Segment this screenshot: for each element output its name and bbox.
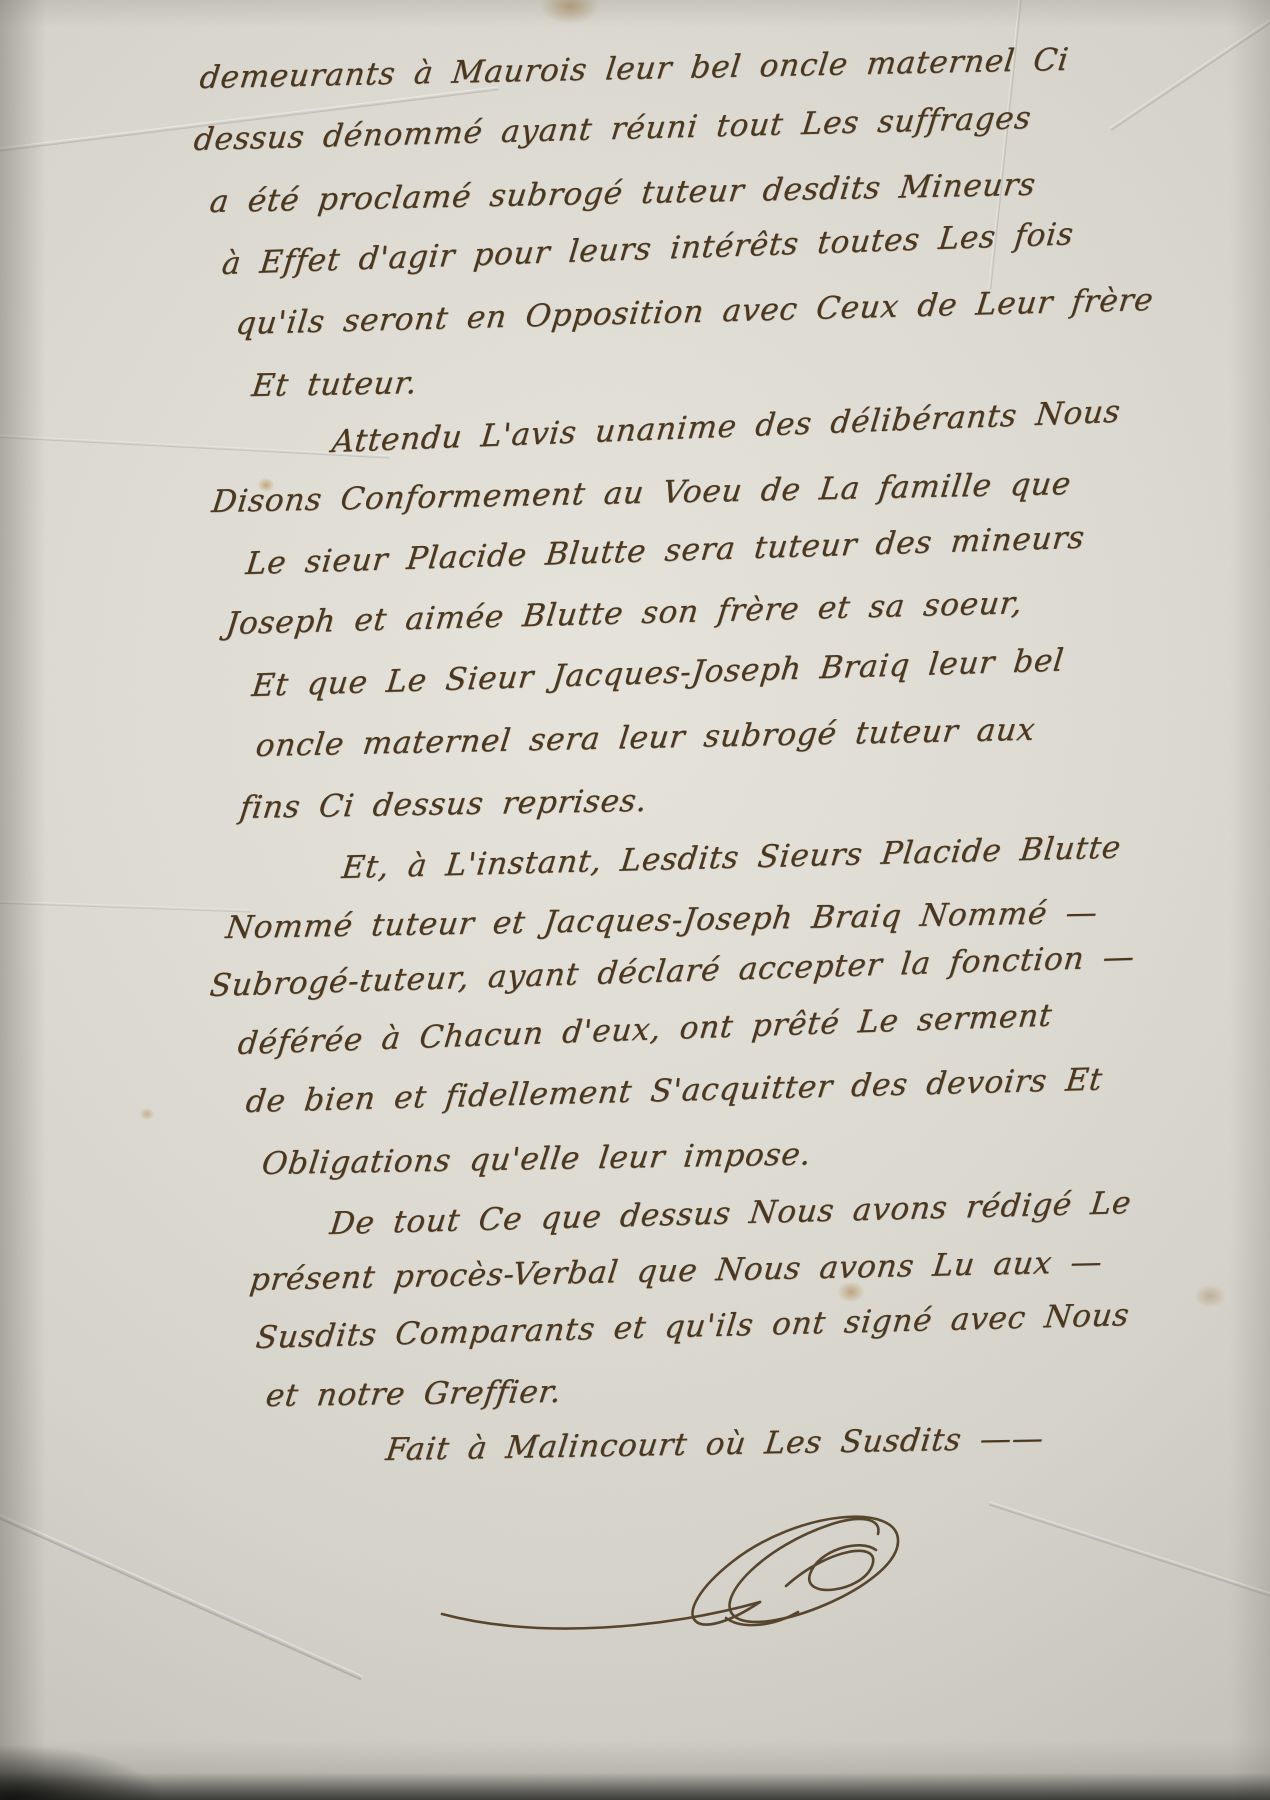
manuscript-line: Attendu L'avis unanime des délibérants N…	[330, 394, 1122, 460]
manuscript-line: Le sieur Placide Blutte sera tuteur des …	[244, 520, 1087, 582]
paper-crease	[1109, 0, 1270, 131]
paper-crease	[989, 1501, 1270, 1622]
manuscript-line: De tout Ce que dessus Nous avons rédigé …	[328, 1185, 1133, 1242]
manuscript-line: Disons Conformement au Voeu de La famill…	[210, 466, 1073, 520]
manuscript-line: présent procès-Verbal que Nous avons Lu …	[248, 1244, 1105, 1298]
manuscript-line: Nommé tuteur et Jacques-Joseph Braiq Nom…	[224, 895, 1100, 946]
manuscript-page: demeurants à Maurois leur bel oncle mate…	[0, 0, 1270, 1800]
manuscript-line: fins Ci dessus reprises.	[238, 783, 650, 826]
manuscript-line: demeurants à Maurois leur bel oncle mate…	[198, 42, 1071, 96]
paper-stain	[1195, 1285, 1225, 1307]
paper-stain	[140, 1108, 154, 1120]
manuscript-line: Subrogé-tuteur, ayant déclaré accepter l…	[208, 939, 1137, 1004]
paper-crease	[0, 1505, 363, 1680]
manuscript-line: Susdits Comparants et qu'ils ont signé a…	[254, 1297, 1131, 1356]
manuscript-line: Et, à L'instant, Lesdits Sieurs Placide …	[340, 830, 1123, 887]
manuscript-line: de bien et fidellement S'acquitter des d…	[244, 1062, 1105, 1121]
scan-edge-shadow	[0, 1746, 160, 1800]
manuscript-line: Et tuteur.	[250, 365, 420, 404]
manuscript-line: à Effet d'agir pour leurs intérêts toute…	[220, 216, 1075, 282]
scan-edge-shadow	[0, 1768, 1270, 1800]
manuscript-line: et notre Greffier.	[264, 1374, 564, 1414]
manuscript-line: qu'ils seront en Opposition avec Ceux de…	[234, 282, 1155, 342]
manuscript-line: a été proclamé subrogé tuteur desdits Mi…	[208, 167, 1038, 220]
paper-crease	[0, 900, 250, 912]
manuscript-line: Obligations qu'elle leur impose.	[260, 1136, 814, 1182]
manuscript-line: Joseph et aimée Blutte son frère et sa s…	[224, 585, 1025, 642]
paper-stain	[540, 0, 600, 24]
manuscript-line: Fait à Malincourt où Les Susdits ——	[384, 1420, 1046, 1468]
manuscript-line: oncle maternel sera leur subrogé tuteur …	[254, 712, 1038, 764]
signature-paraph	[430, 1488, 990, 1668]
manuscript-line: dessus dénommé ayant réuni tout Les suff…	[192, 100, 1033, 158]
manuscript-line: déférée à Chacun d'eux, ont prêté Le ser…	[236, 997, 1054, 1062]
manuscript-line: Et que Le Sieur Jacques-Joseph Braiq leu…	[250, 642, 1066, 704]
